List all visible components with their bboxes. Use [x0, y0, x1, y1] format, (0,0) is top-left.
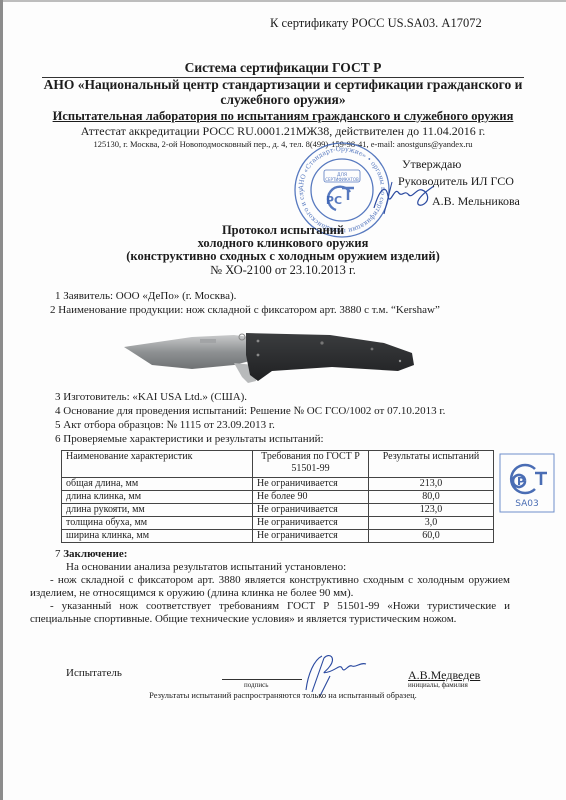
- table-row: длина рукояти, мм Не ограничивается 123,…: [62, 504, 494, 517]
- approval-name: А.В. Мельникова: [432, 194, 520, 209]
- contact-address: 125130, г. Москва, 2-ой Новоподмосковный…: [0, 139, 566, 149]
- conclusion-title: Заключение:: [63, 548, 127, 560]
- accreditation-line: Аттестат аккредитации РОСС RU.0001.21МЖ3…: [0, 124, 566, 139]
- table-row: ширина клинка, мм Не ограничивается 60,0: [62, 530, 494, 543]
- cell-result: 123,0: [369, 504, 494, 517]
- cell-requirement: Не ограничивается: [253, 478, 369, 491]
- organization-line-2: служебного оружия»: [0, 92, 566, 107]
- conclusion-number: 7: [55, 548, 61, 560]
- svg-text:СЕРТИФИКАТОВ: СЕРТИФИКАТОВ: [325, 177, 359, 182]
- item-product-name: 2 Наименование продукции: нож складной с…: [50, 304, 440, 316]
- signature-caption: подпись: [244, 681, 268, 689]
- table-row: общая длина, мм Не ограничивается 213,0: [62, 478, 494, 491]
- cell-characteristic: общая длина, мм: [62, 478, 253, 491]
- results-table: Наименование характеристик Требования по…: [61, 450, 494, 543]
- item-characteristics-heading: 6 Проверяемые характеристики и результат…: [55, 433, 324, 445]
- svg-text:Р: Р: [517, 475, 525, 488]
- cell-result: 213,0: [369, 478, 494, 491]
- cell-requirement: Не ограничивается: [253, 530, 369, 543]
- approval-label: Утверждаю: [402, 157, 461, 172]
- conclusion-intro: На основании анализа результатов испытан…: [30, 561, 510, 574]
- approval-position: Руководитель ИЛ ГСО: [398, 174, 514, 189]
- cell-requirement: Не более 90: [253, 491, 369, 504]
- item-sampling-act: 5 Акт отбора образцов: № 1115 от 23.09.2…: [55, 419, 275, 431]
- protocol-subtitle-2: (конструктивно сходных с холодным оружие…: [0, 250, 566, 263]
- cell-result: 60,0: [369, 530, 494, 543]
- item-manufacturer: 3 Изготовитель: «KAI USA Ltd.» (США).: [55, 391, 247, 403]
- rst-conformity-mark: Р SA03: [499, 453, 555, 513]
- cell-requirement: Не ограничивается: [253, 504, 369, 517]
- table-row: толщина обуха, мм Не ограничивается 3,0: [62, 517, 494, 530]
- certification-system-title: Система сертификации ГОСТ Р: [0, 60, 566, 76]
- certificate-reference: К сертификату РОСС US.SA03. А17072: [270, 16, 482, 31]
- cell-characteristic: длина клинка, мм: [62, 491, 253, 504]
- cell-characteristic: толщина обуха, мм: [62, 517, 253, 530]
- header-requirement: Требования по ГОСТ Р 51501-99: [253, 451, 369, 478]
- conclusion-point-2: - указанный нож соответствует требования…: [30, 600, 510, 626]
- knife-photo: [122, 325, 422, 385]
- tester-role: Испытатель: [66, 667, 122, 679]
- svg-text:SA03: SA03: [515, 499, 539, 509]
- conclusion-heading: 7 Заключение:: [55, 548, 127, 560]
- header-result: Результаты испытаний: [369, 451, 494, 478]
- name-caption: инициалы, фамилия: [408, 681, 468, 689]
- item-applicant: 1 Заявитель: ООО «ДеПо» (г. Москва).: [55, 290, 236, 302]
- cell-characteristic: ширина клинка, мм: [62, 530, 253, 543]
- cell-requirement: Не ограничивается: [253, 517, 369, 530]
- signature-line: [222, 679, 302, 680]
- header-characteristic: Наименование характеристик: [62, 451, 253, 478]
- svg-text:РС: РС: [326, 194, 342, 207]
- page-top-edge: [0, 0, 566, 2]
- results-footnote: Результаты испытаний распространяются то…: [0, 690, 566, 700]
- organization-name: АНО «Национальный центр стандартизации и…: [0, 77, 566, 107]
- table-row: длина клинка, мм Не более 90 80,0: [62, 491, 494, 504]
- organization-line-1: АНО «Национальный центр стандартизации и…: [0, 77, 566, 92]
- laboratory-name: Испытательная лаборатория по испытаниям …: [0, 109, 566, 124]
- cell-result: 3,0: [369, 517, 494, 530]
- cell-characteristic: длина рукояти, мм: [62, 504, 253, 517]
- conclusion-point-1: - нож складной с фиксатором арт. 3880 яв…: [30, 574, 510, 600]
- table-header-row: Наименование характеристик Требования по…: [62, 451, 494, 478]
- cell-result: 80,0: [369, 491, 494, 504]
- protocol-number: № ХО-2100 от 23.10.2013 г.: [0, 264, 566, 277]
- item-test-basis: 4 Основание для проведения испытаний: Ре…: [55, 405, 445, 417]
